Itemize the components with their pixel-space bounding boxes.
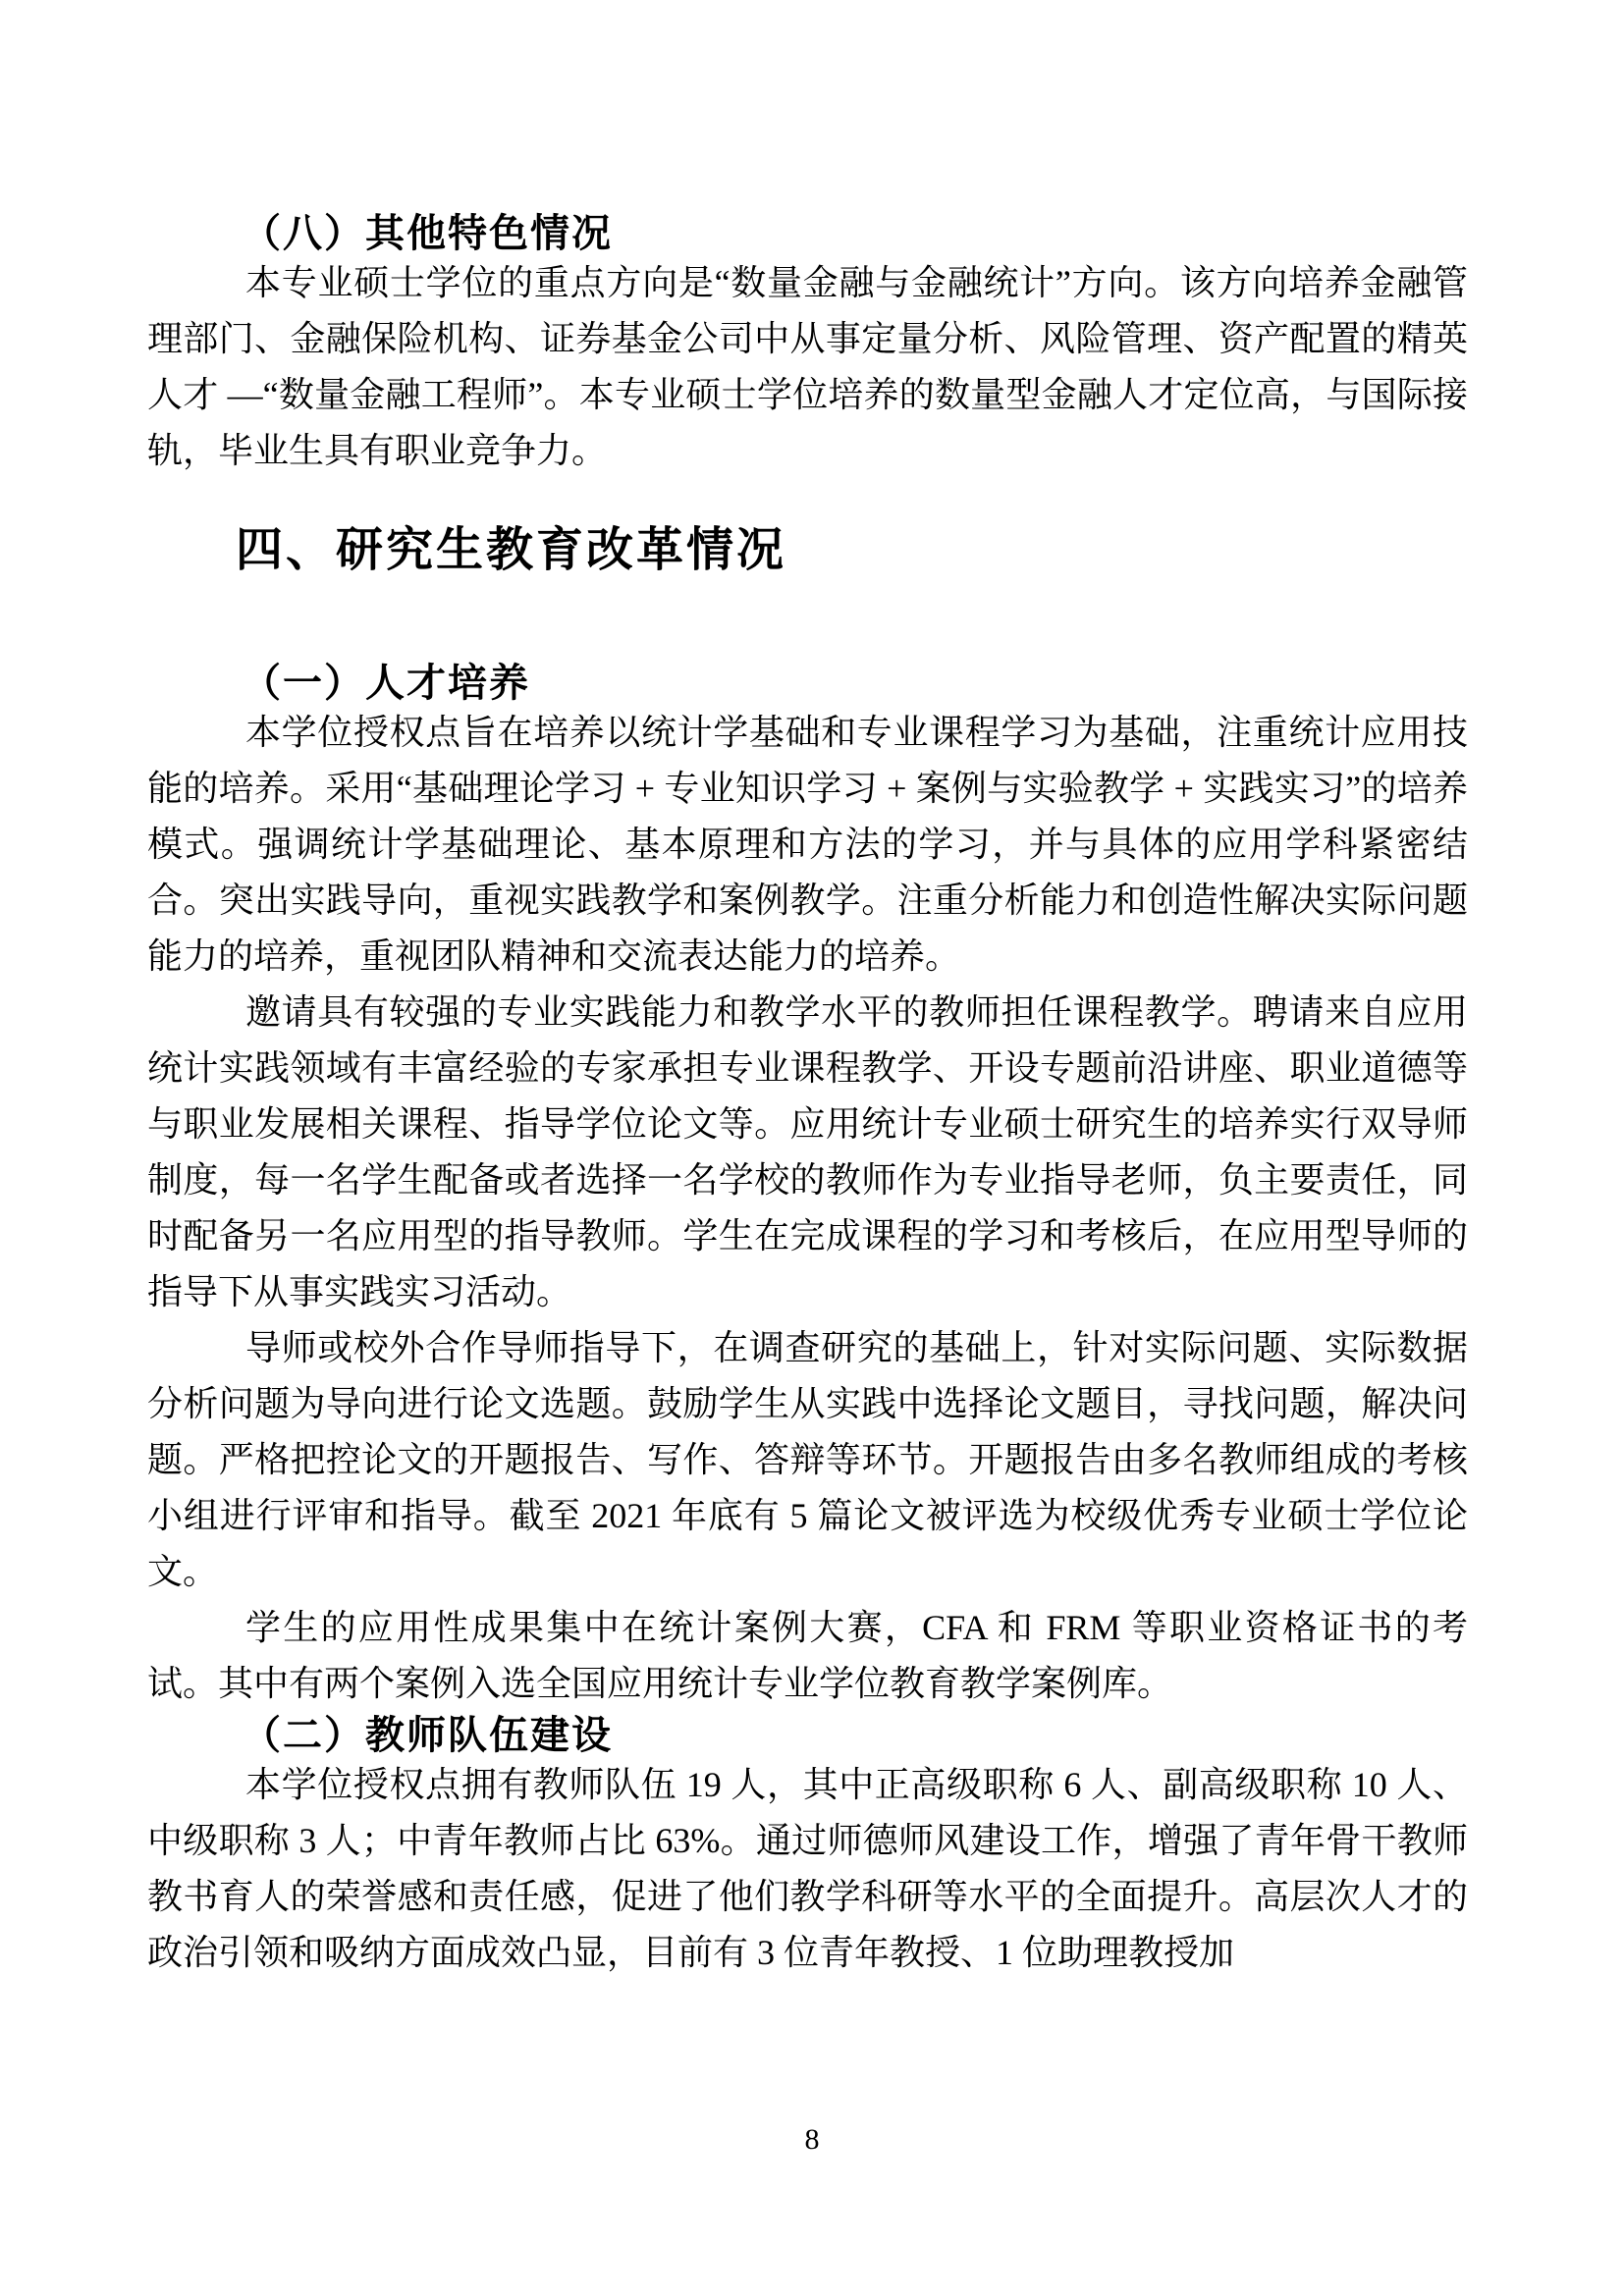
chapter-heading-education-reform: 四、研究生教育改革情况 bbox=[236, 524, 1468, 577]
page-number: 8 bbox=[0, 2122, 1624, 2158]
paragraph-talent-1: 本学位授权点旨在培养以统计学基础和专业课程学习为基础，注重统计应用技能的培养。采… bbox=[147, 705, 1468, 985]
section-heading-faculty-building: （二）教师队伍建设 bbox=[242, 1714, 1468, 1757]
document-page: （八）其他特色情况 本专业硕士学位的重点方向是“数量金融与金融统计”方向。该方向… bbox=[0, 0, 1624, 2296]
document-content: （八）其他特色情况 本专业硕士学位的重点方向是“数量金融与金融统计”方向。该方向… bbox=[147, 0, 1468, 1981]
paragraph-talent-4: 学生的应用性成果集中在统计案例大赛，CFA 和 FRM 等职业资格证书的考试。其… bbox=[147, 1600, 1468, 1712]
section-heading-other-features: （八）其他特色情况 bbox=[242, 212, 1468, 255]
paragraph-other-features: 本专业硕士学位的重点方向是“数量金融与金融统计”方向。该方向培养金融管理部门、金… bbox=[147, 255, 1468, 479]
section-heading-talent-training: （一）人才培养 bbox=[242, 662, 1468, 705]
paragraph-talent-2: 邀请具有较强的专业实践能力和教学水平的教师担任课程教学。聘请来自应用统计实践领域… bbox=[147, 985, 1468, 1320]
paragraph-faculty-1: 本学位授权点拥有教师队伍 19 人，其中正高级职称 6 人、副高级职称 10 人… bbox=[147, 1757, 1468, 1981]
paragraph-talent-3: 导师或校外合作导师指导下，在调查研究的基础上，针对实际问题、实际数据分析问题为导… bbox=[147, 1320, 1468, 1600]
